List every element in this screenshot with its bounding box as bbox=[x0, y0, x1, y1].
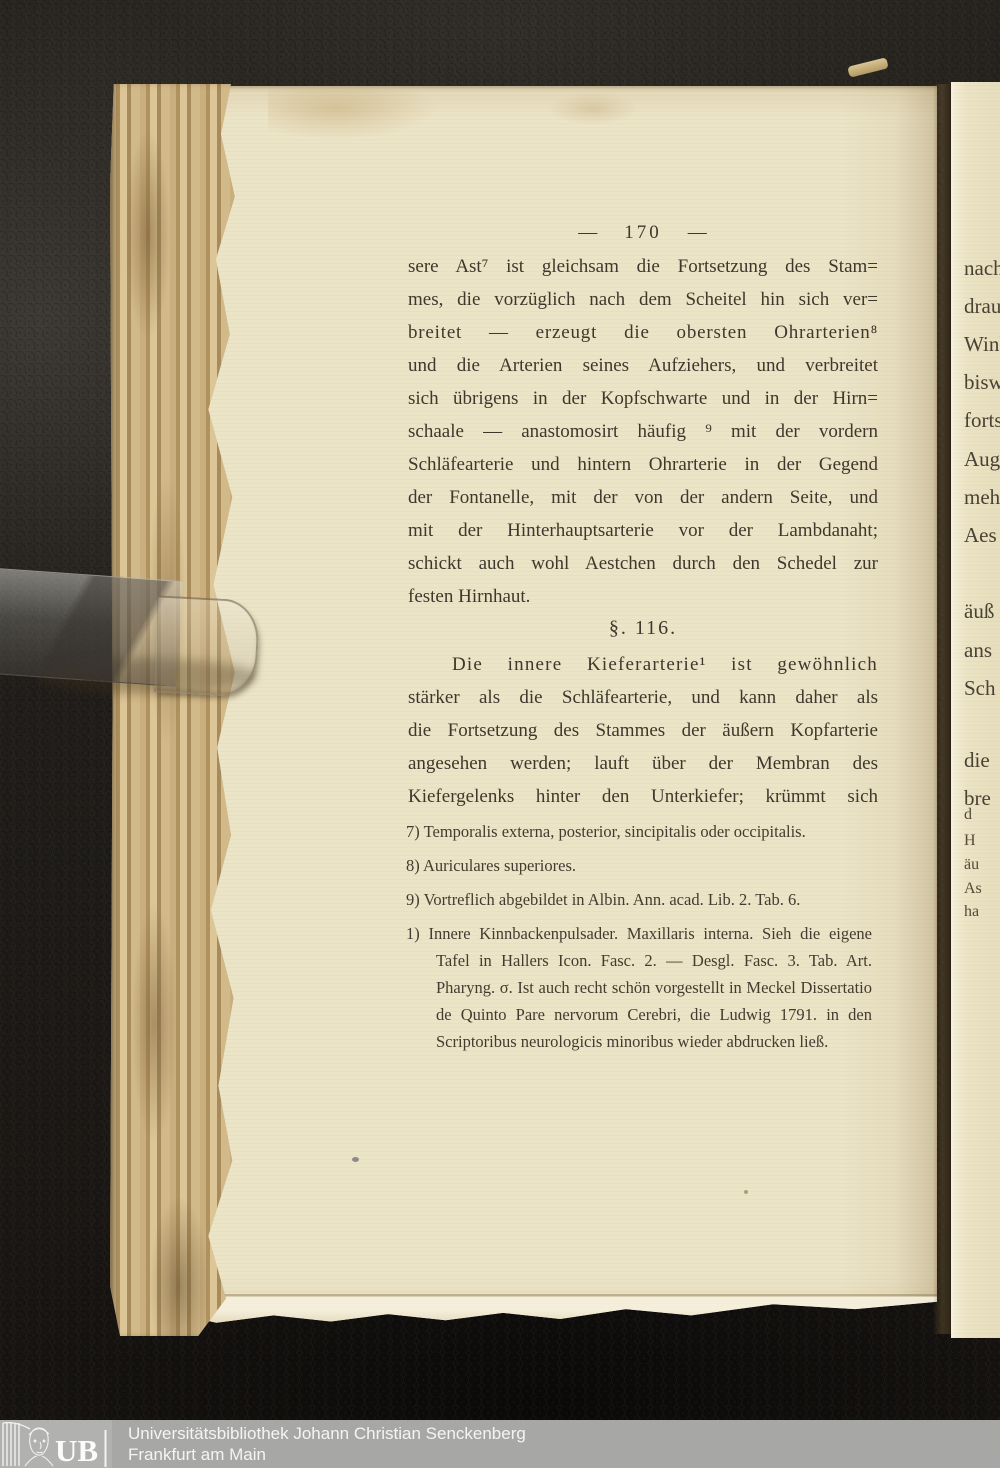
footnote: 9) Vortreflich abgebildet in Albin. Ann.… bbox=[406, 886, 872, 913]
text-line: angesehen werden; lauft über der Membran… bbox=[408, 747, 878, 780]
library-banner: UB Universitätsbibliothek Johann Christi… bbox=[0, 1420, 1000, 1468]
footnote: 8) Auriculares superiores. bbox=[406, 852, 872, 879]
facing-text-fragment: ha bbox=[964, 903, 979, 921]
facing-text-fragment: meh bbox=[964, 485, 1000, 510]
ink-speck bbox=[744, 1190, 748, 1194]
facing-text-fragment: nach bbox=[964, 256, 1000, 281]
facing-page-edge: nachdrauWinkbiswfortsAugmehAesäußansSchd… bbox=[951, 82, 1000, 1338]
facing-text-fragment: d bbox=[964, 806, 972, 824]
facing-text-fragment: ans bbox=[964, 638, 992, 663]
text-line: stärker als die Schläfearterie, und kann… bbox=[408, 681, 878, 714]
paragraph-last-line: festen Hirnhaut. bbox=[408, 580, 878, 613]
facing-text-fragment: drau bbox=[964, 294, 1000, 319]
portrait-icon bbox=[25, 1428, 53, 1466]
text-line: Kiefergelenks hinter den Unterkiefer; kr… bbox=[408, 780, 878, 813]
facing-text-fragment: äu bbox=[964, 856, 979, 874]
text-line: Die innere Kieferarterie¹ ist gewöhnlich bbox=[408, 648, 878, 681]
text-line: mit der Hinterhauptsarterie vor der Lamb… bbox=[408, 514, 878, 547]
facing-text-fragment: As bbox=[964, 880, 982, 898]
paragraph-116: Die innere Kieferarterie¹ ist gewöhnlich… bbox=[408, 648, 878, 813]
facing-text-fragment: Aes bbox=[964, 523, 997, 548]
header-rule-left: — bbox=[578, 222, 598, 244]
footnote: 7) Temporalis externa, posterior, sincip… bbox=[406, 818, 872, 845]
text-line: sich übrigens in der Kopfschwarte und in… bbox=[408, 382, 878, 415]
text-line: die Fortsetzung des Stammes der äußern K… bbox=[408, 714, 878, 747]
facing-text-fragment: forts bbox=[964, 408, 1000, 433]
facing-text-fragment: die bbox=[964, 748, 990, 773]
page-number: 170 bbox=[624, 222, 662, 244]
header-rule-right: — bbox=[688, 222, 708, 244]
banner-text: Universitätsbibliothek Johann Christian … bbox=[112, 1420, 526, 1468]
footnote: 1) Innere Kinnbackenpulsader. Maxillaris… bbox=[406, 920, 872, 1055]
facing-text-fragment: Wink bbox=[964, 332, 1000, 357]
banner-institution: Universitätsbibliothek Johann Christian … bbox=[128, 1423, 526, 1444]
ub-logo-graphic: UB bbox=[0, 1420, 112, 1468]
torn-page-edges bbox=[110, 84, 236, 1336]
section-heading: §. 116. bbox=[408, 612, 878, 644]
text-line: Schläfearterie und hintern Ohrarterie in… bbox=[408, 448, 878, 481]
text-line: breitet — erzeugt die obersten Ohrarteri… bbox=[408, 316, 878, 349]
ub-logo-text: UB bbox=[55, 1433, 98, 1468]
text-line: der Fontanelle, mit der von der andern S… bbox=[408, 481, 878, 514]
facing-text-fragment: H bbox=[964, 832, 976, 850]
text-line: mes, die vorzüglich nach dem Scheitel hi… bbox=[408, 283, 878, 316]
paper-stain bbox=[268, 88, 438, 140]
text-line: sere Ast⁷ ist gleichsam die Fortsetzung … bbox=[408, 250, 878, 283]
facing-text-fragment: bisw bbox=[964, 370, 1000, 395]
text-line: und die Arterien seines Aufziehers, und … bbox=[408, 349, 878, 382]
paper-stain bbox=[548, 92, 638, 126]
facing-text-fragment: Aug bbox=[964, 447, 1000, 472]
gutter-shadow bbox=[933, 84, 953, 1334]
facing-text-fragment: Sch bbox=[964, 676, 996, 701]
ub-logo: UB bbox=[0, 1420, 112, 1468]
banner-city: Frankfurt am Main bbox=[128, 1444, 526, 1465]
facing-text-fragment: äuß bbox=[964, 599, 994, 624]
plexiglass-finger-tip bbox=[154, 595, 261, 697]
ink-speck bbox=[352, 1157, 359, 1162]
paragraph-continuation: sere Ast⁷ ist gleichsam die Fortsetzung … bbox=[408, 250, 878, 580]
footnotes-block: 7) Temporalis externa, posterior, sincip… bbox=[406, 818, 872, 1062]
page-header: — 170 — bbox=[408, 219, 878, 247]
text-line: schaale — anastomosirt häufig ⁹ mit der … bbox=[408, 415, 878, 448]
text-line: schickt auch wohl Aestchen durch den Sch… bbox=[408, 547, 878, 580]
